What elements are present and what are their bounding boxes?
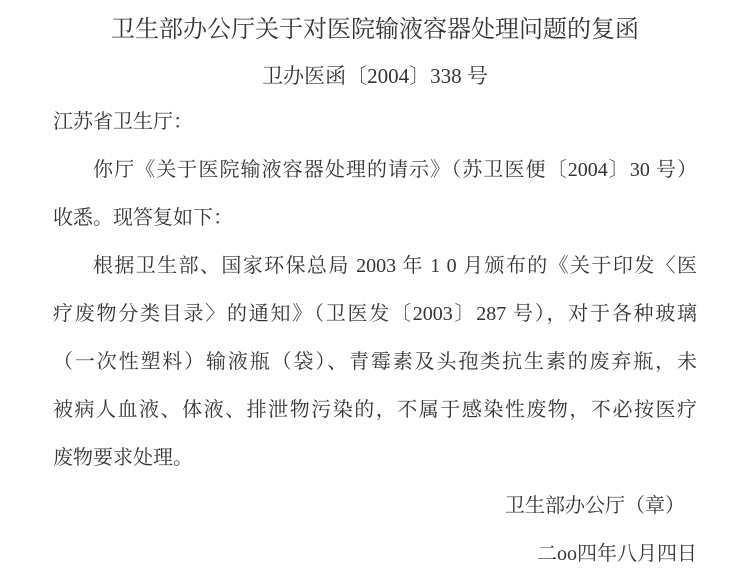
body-line: 疗废物分类目录〉的通知》（卫医发〔2003〕287 号），对于各种玻璃 (0, 290, 734, 338)
body-line: 废物要求处理。 (0, 434, 734, 482)
salutation: 江苏省卫生厅： (0, 98, 734, 146)
signature: 卫生部办公厅（章） (0, 482, 734, 530)
document-page: 卫生部办公厅关于对医院输液容器处理问题的复函 卫办医函〔2004〕338 号 江… (0, 0, 734, 581)
body-line: 被病人血液、体液、排泄物污染的，不属于感染性废物，不必按医疗 (0, 386, 734, 434)
body-line: 你厅《关于医院输液容器处理的请示》（苏卫医便〔2004〕30 号） (0, 146, 734, 194)
date: 二oo四年八月四日 (0, 530, 734, 578)
document-title: 卫生部办公厅关于对医院输液容器处理问题的复函 (0, 0, 734, 54)
body-line: （一次性塑料）输液瓶（袋）、青霉素及头孢类抗生素的废弃瓶，未 (0, 338, 734, 386)
body-line: 根据卫生部、国家环保总局 2003 年 1 0 月颁布的《关于印发〈医 (0, 242, 734, 290)
document-number: 卫办医函〔2004〕338 号 (0, 54, 734, 98)
body-line: 收悉。现答复如下： (0, 194, 734, 242)
